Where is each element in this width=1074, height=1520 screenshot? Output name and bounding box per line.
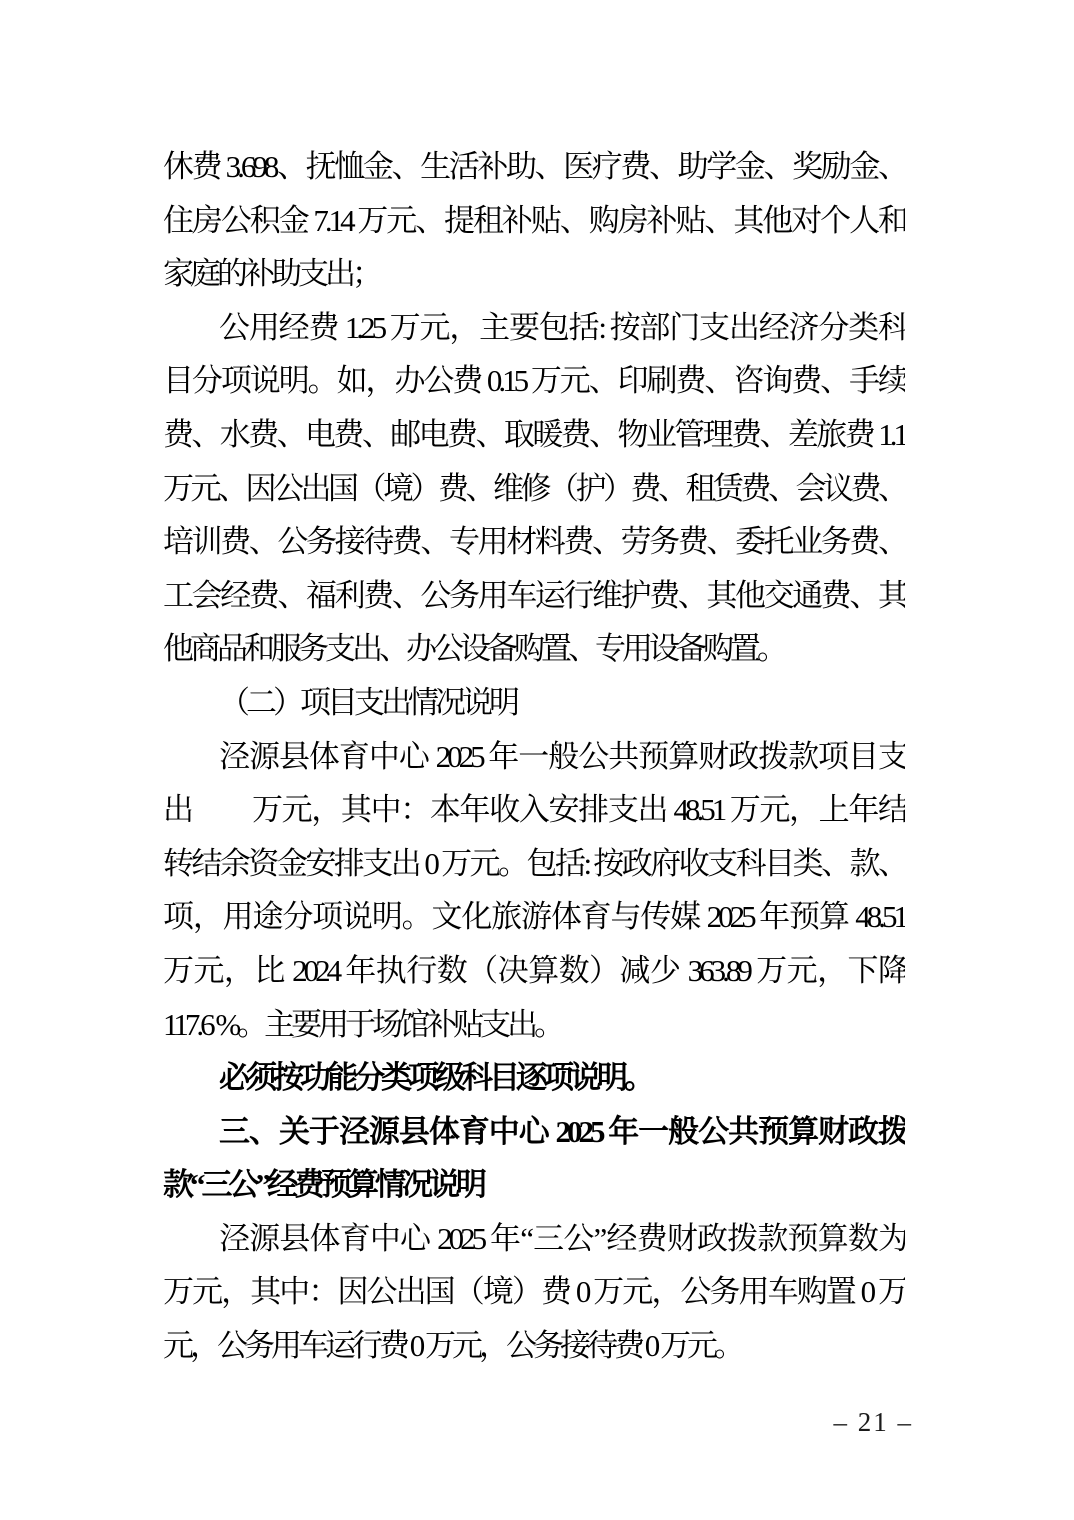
text-line: 元，公务用车运行费 0 万元，公务接待费 0 万元。 [163,1319,905,1373]
text-line: 目分项说明。如，办公费 0.15 万元、印刷费、咨询费、手续 [163,354,905,408]
text-line: 费、水费、电费、邮电费、取暖费、物业管理费、差旅费 1.1 [163,408,905,462]
text-line: 万元，其中：因公出国（境）费 0 万元，公务用车购置 0 万 [163,1265,905,1319]
text-line: 必须按功能分类项级科目逐项说明。 [163,1051,905,1105]
text-line: 他商品和服务支出、办公设备购置、专用设备购置。 [163,622,905,676]
document-body: 休费 3.698、抚恤金、生活补助、医疗费、助学金、奖励金、住房公积金 7.14… [163,140,905,1373]
text-line: 款“三公”经费预算情况说明 [163,1158,905,1212]
text-line: 万元、因公出国（境）费、维修（护）费、租赁费、会议费、 [163,462,905,516]
document-page: 休费 3.698、抚恤金、生活补助、医疗费、助学金、奖励金、住房公积金 7.14… [0,0,1074,1520]
text-line: 三、关于泾源县体育中心 2025 年一般公共预算财政拨 [163,1105,905,1159]
text-line: 项，用途分项说明。文化旅游体育与传媒 2025 年预算 48.51 [163,890,905,944]
text-line: 休费 3.698、抚恤金、生活补助、医疗费、助学金、奖励金、 [163,140,905,194]
text-line: 公用经费 1.25 万元，主要包括: 按部门支出经济分类科 [163,301,905,355]
text-line: 出 万元，其中：本年收入安排支出 48.51 万元，上年结 [163,783,905,837]
text-line: 泾源县体育中心 2025 年“三公”经费财政拨款预算数为 [163,1212,905,1266]
text-line: 培训费、公务接待费、专用材料费、劳务费、委托业务费、 [163,515,905,569]
text-line: （二）项目支出情况说明 [163,676,905,730]
text-line: 住房公积金 7.14 万元、提租补贴、购房补贴、其他对个人和 [163,194,905,248]
text-line: 家庭的补助支出； [163,247,905,301]
text-line: 泾源县体育中心 2025 年一般公共预算财政拨款项目支 [163,730,905,784]
text-line: 117.6 %。主要用于场馆补贴支出。 [163,998,905,1052]
text-line: 万元，比 2024 年执行数（决算数）减少 363.89 万元，下降 [163,944,905,998]
text-line: 转结余资金安排支出 0 万元。包括: 按政府收支科目类、款、 [163,837,905,891]
text-line: 工会经费、福利费、公务用车运行维护费、其他交通费、其 [163,569,905,623]
page-number: – 21 – [834,1406,914,1438]
